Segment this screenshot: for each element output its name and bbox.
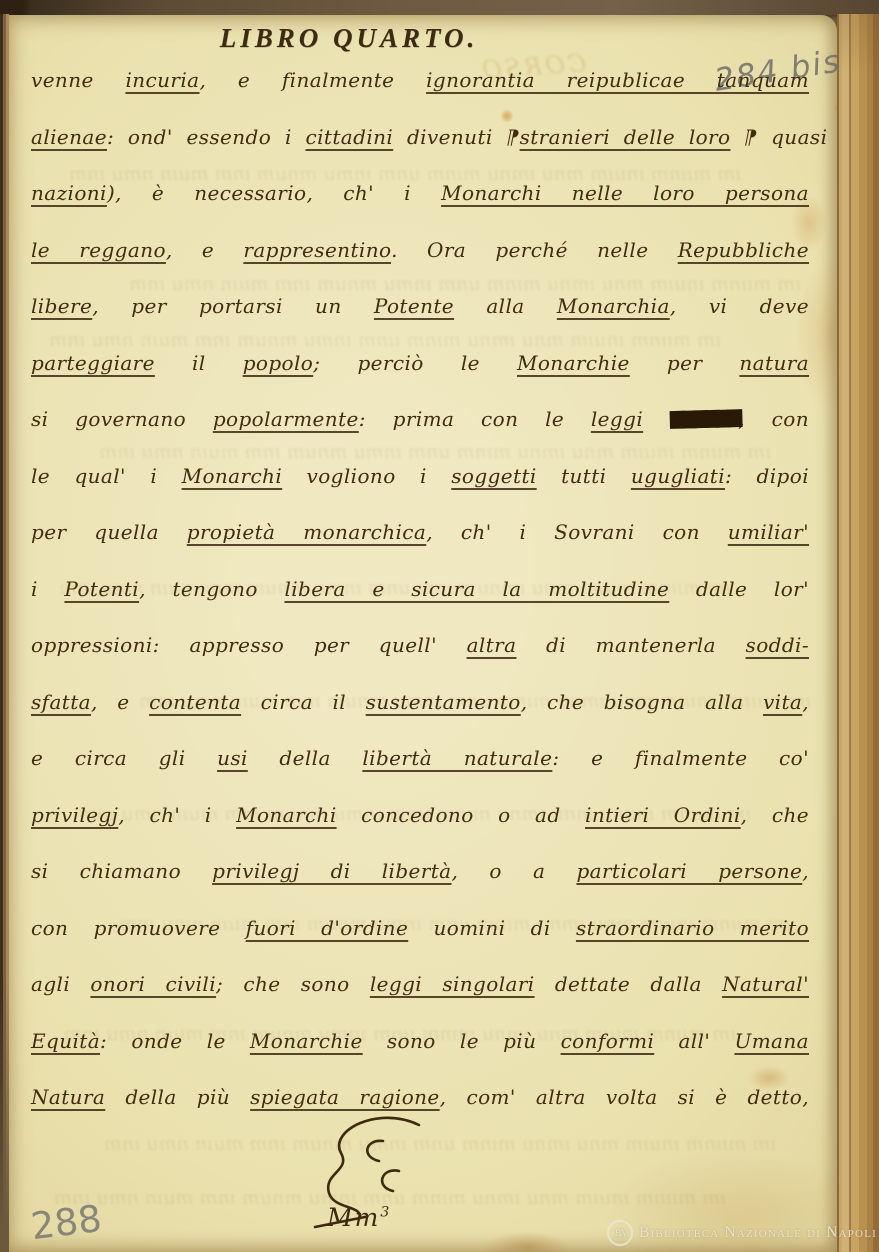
underlined-phrase: sustentamento <box>366 690 521 714</box>
underlined-phrase: particolari persone <box>576 859 802 883</box>
crossed-out-word: ██████ <box>670 407 739 431</box>
underlined-phrase: Potente <box>374 294 454 318</box>
text-segment: ; perciò le <box>313 351 517 375</box>
underlined-phrase: spiegata ragione <box>250 1085 440 1109</box>
underlined-phrase: privilegj <box>31 803 118 827</box>
underlined-phrase: libere <box>31 294 92 318</box>
catchword: Mm3 <box>327 1203 391 1232</box>
text-segment: , e <box>166 238 243 262</box>
text-segment: , che bisogna alla <box>521 690 763 714</box>
book-spine-edge <box>0 14 9 1252</box>
text-segment: , o a <box>451 859 576 883</box>
catchword-letters: Mm <box>327 1203 380 1232</box>
text-segment <box>643 407 670 431</box>
text-segment: per quella <box>31 520 187 544</box>
underlined-phrase: conformi <box>561 1029 655 1053</box>
manuscript-page: CORSO ım mıınm ınuım mnu ımnu mınm unm ı… <box>9 15 837 1252</box>
underlined-phrase: alienae <box>31 125 107 149</box>
text-segment: , vi deve <box>670 294 809 318</box>
manuscript-line: nazioni), è necessario, ch' i Monarchi n… <box>31 178 809 235</box>
underlined-phrase: nazioni <box>31 181 107 205</box>
underlined-phrase: libertà naturale <box>362 746 552 770</box>
underlined-phrase: stranieri delle loro <box>520 125 731 149</box>
text-segment: : dipoi <box>725 464 809 488</box>
text-segment: : e finalmente co' <box>552 746 809 770</box>
manuscript-line: si chiamano privilegj di libertà, o a pa… <box>31 856 809 913</box>
underlined-phrase: leggi singolari <box>370 972 535 996</box>
underlined-phrase: straordinario merito <box>576 916 809 940</box>
manuscript-line: Equità: onde le Monarchie sono le più co… <box>31 1026 809 1083</box>
text-segment: sono le più <box>363 1029 561 1053</box>
manuscript-line: per quella propietà monarchica, ch' i So… <box>31 517 809 574</box>
text-segment: : ond' essendo i <box>107 125 306 149</box>
manuscript-line: parteggiare il popolo; perciò le Monarch… <box>31 348 809 405</box>
underlined-phrase: propietà monarchica <box>187 520 426 544</box>
underlined-phrase: contenta <box>149 690 241 714</box>
manuscript-text: venne incuria, e finalmente ignorantia r… <box>31 65 809 1139</box>
text-segment: vogliono i <box>282 464 451 488</box>
manuscript-line: alienae: ond' essendo i cittadini divenu… <box>31 122 809 179</box>
underlined-phrase: Monarchie <box>517 351 630 375</box>
text-segment: , <box>802 859 809 883</box>
underlined-phrase: sfatta <box>31 690 91 714</box>
text-segment: : onde le <box>100 1029 250 1053</box>
underlined-phrase: intieri Ordini <box>585 803 741 827</box>
underlined-phrase: soggetti <box>451 464 536 488</box>
text-segment: oppressioni: appresso per quell' <box>31 633 467 657</box>
text-segment: all' <box>654 1029 734 1053</box>
manuscript-line: le qual' i Monarchi vogliono i soggetti … <box>31 461 809 518</box>
underlined-phrase: Monarchi nelle loro persona <box>441 181 809 205</box>
underlined-phrase: Monarchi <box>182 464 283 488</box>
text-segment: , con <box>738 407 809 431</box>
manuscript-line: agli onori civili; che sono leggi singol… <box>31 969 809 1026</box>
text-segment: si chiamano <box>31 859 212 883</box>
underlined-phrase: le reggano <box>31 238 166 262</box>
text-segment: si governano <box>31 407 213 431</box>
underlined-phrase: Natural' <box>722 972 809 996</box>
underlined-phrase: ugugliati <box>631 464 725 488</box>
manuscript-line: oppressioni: appresso per quell' altra d… <box>31 630 809 687</box>
underlined-phrase: popolarmente <box>213 407 359 431</box>
text-segment: di mantenerla <box>516 633 745 657</box>
text-segment: , e finalmente <box>199 68 426 92</box>
text-segment: , tengono <box>139 577 284 601</box>
manuscript-line: e circa gli usi della libertà naturale: … <box>31 743 809 800</box>
text-segment: per <box>630 351 740 375</box>
text-segment: , <box>802 690 809 714</box>
underlined-phrase: privilegj di libertà <box>212 859 451 883</box>
text-segment: e circa gli <box>31 746 217 770</box>
text-segment: della più <box>105 1085 250 1109</box>
underlined-phrase: Natura <box>31 1085 105 1109</box>
underlined-phrase: leggi <box>591 407 643 431</box>
underlined-phrase: Monarchi <box>236 803 337 827</box>
underlined-phrase: incuria <box>125 68 199 92</box>
underlined-phrase: onori civili <box>90 972 216 996</box>
underlined-phrase: parteggiare <box>31 351 155 375</box>
underlined-phrase: libera e sicura la moltitudine <box>284 577 669 601</box>
underlined-phrase: Potenti <box>64 577 139 601</box>
stamp-text: Biblioteca Nazionale di Napoli <box>639 1224 877 1242</box>
text-segment: , ch' i Sovrani con <box>426 520 728 544</box>
underlined-phrase: Umana <box>734 1029 809 1053</box>
text-segment: , com' altra volta si è detto, <box>440 1085 809 1109</box>
library-stamp: BN Biblioteca Nazionale di Napoli <box>607 1220 877 1246</box>
underlined-phrase: vita <box>763 690 802 714</box>
underlined-phrase: natura <box>739 351 809 375</box>
text-segment: : prima con le <box>359 407 591 431</box>
text-segment: , per portarsi un <box>92 294 374 318</box>
text-segment: ⁋ quasi <box>730 125 827 149</box>
text-segment: venne <box>31 68 125 92</box>
text-segment: ), è necessario, ch' i <box>107 181 441 205</box>
text-segment: le qual' i <box>31 464 182 488</box>
text-segment: , e <box>91 690 149 714</box>
text-segment: . Ora perché nelle <box>391 238 678 262</box>
manuscript-line: venne incuria, e finalmente ignorantia r… <box>31 65 809 122</box>
underlined-phrase: fuori d'ordine <box>246 916 409 940</box>
text-segment: dettate dalla <box>535 972 722 996</box>
manuscript-line: libere, per portarsi un Potente alla Mon… <box>31 291 809 348</box>
text-segment: agli <box>31 972 90 996</box>
stamp-monogram-icon: BN <box>607 1220 633 1246</box>
book-binding-top-edge <box>0 0 879 15</box>
underlined-phrase: usi <box>217 746 248 770</box>
text-segment: circa il <box>241 690 366 714</box>
text-segment: , ch' i <box>118 803 236 827</box>
underlined-phrase: Repubbliche <box>678 238 809 262</box>
underlined-phrase: umiliar' <box>728 520 809 544</box>
text-segment: ; che sono <box>216 972 370 996</box>
text-segment: il <box>155 351 243 375</box>
catchword-superscript: 3 <box>380 1205 391 1221</box>
manuscript-line: si governano popolarmente: prima con le … <box>31 404 809 461</box>
underlined-phrase: Monarchia <box>557 294 670 318</box>
underlined-phrase: popolo <box>243 351 314 375</box>
manuscript-scan: CORSO ım mıınm ınuım mnu ımnu mınm unm ı… <box>0 0 879 1252</box>
text-segment: concedono o ad <box>337 803 585 827</box>
text-segment: uomini di <box>408 916 576 940</box>
underlined-phrase: soddi- <box>746 633 809 657</box>
text-segment: , che <box>741 803 809 827</box>
text-segment: divenuti ⁋ <box>393 125 519 149</box>
text-segment: con promuovere <box>31 916 246 940</box>
text-segment: dalle lor' <box>669 577 809 601</box>
text-segment: i <box>31 577 64 601</box>
manuscript-line: i Potenti, tengono libera e sicura la mo… <box>31 574 809 631</box>
text-segment: della <box>248 746 363 770</box>
underlined-phrase: cittadini <box>306 125 394 149</box>
manuscript-line: privilegj, ch' i Monarchi concedono o ad… <box>31 800 809 857</box>
manuscript-line: con promuovere fuori d'ordine uomini di … <box>31 913 809 970</box>
underlined-phrase: ignorantia reipublicae tanquam <box>426 68 809 92</box>
page-stack-edges <box>837 14 879 1252</box>
manuscript-line: sfatta, e contenta circa il sustentament… <box>31 687 809 744</box>
underlined-phrase: rappresentino <box>243 238 391 262</box>
page-title: LIBRO QUARTO. <box>189 23 509 54</box>
underlined-phrase: Equità <box>31 1029 100 1053</box>
quire-number-pencil: 288 <box>29 1197 104 1248</box>
text-segment: tutti <box>537 464 631 488</box>
underlined-phrase: altra <box>467 633 517 657</box>
text-segment: alla <box>454 294 557 318</box>
manuscript-line: le reggano, e rappresentino. Ora perché … <box>31 235 809 292</box>
underlined-phrase: Monarchie <box>250 1029 363 1053</box>
